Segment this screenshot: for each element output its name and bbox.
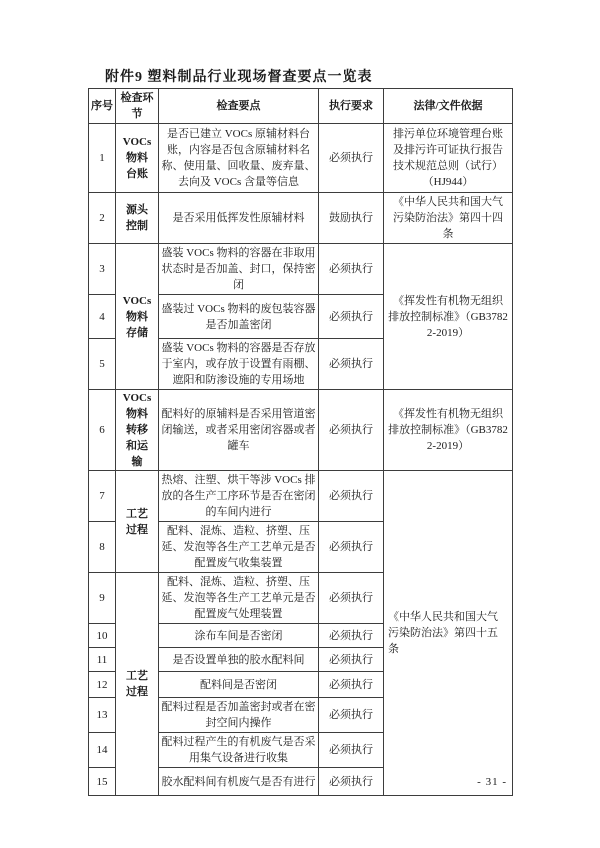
requirement-cell: 鼓励执行: [319, 193, 384, 244]
stage-cell: VOCs物料存储: [116, 244, 159, 390]
page-title: 附件9 塑料制品行业现场督查要点一览表: [105, 66, 373, 86]
stage-cell: 工艺过程: [116, 573, 159, 796]
header-basis: 法律/文件依据: [384, 89, 513, 124]
basis-cell: 《挥发性有机物无组织排放控制标准》（GB37822-2019）: [384, 390, 513, 471]
point-cell: 胶水配料间有机废气是否有进行: [159, 768, 319, 796]
table-row: 2 源头控制 是否采用低挥发性原辅材料 鼓励执行 《中华人民共和国大气污染防治法…: [89, 193, 513, 244]
point-cell: 配料、混炼、造粒、挤塑、压延、发泡等各生产工艺单元是否配置废气处理装置: [159, 573, 319, 624]
header-requirement: 执行要求: [319, 89, 384, 124]
row-number-cell: 1: [89, 124, 116, 193]
row-number-cell: 15: [89, 768, 116, 796]
header-stage: 检查环节: [116, 89, 159, 124]
table-row: 7 工艺过程 热熔、注塑、烘干等涉 VOCs 排放的各生产工序环节是否在密闭的车…: [89, 471, 513, 522]
stage-cell: VOCs物料转移和运输: [116, 390, 159, 471]
row-number-cell: 4: [89, 295, 116, 339]
point-cell: 配料、混炼、造粒、挤塑、压延、发泡等各生产工艺单元是否配置废气收集装置: [159, 522, 319, 573]
header-row-number: 序号: [89, 89, 116, 124]
row-number-cell: 11: [89, 648, 116, 672]
requirement-cell: 必须执行: [319, 471, 384, 522]
requirement-cell: 必须执行: [319, 648, 384, 672]
requirement-cell: 必须执行: [319, 522, 384, 573]
point-cell: 涂布车间是否密闭: [159, 624, 319, 648]
header-row: 序号 检查环节 检查要点 执行要求 法律/文件依据: [89, 89, 513, 124]
basis-cell: 《挥发性有机物无组织排放控制标准》（GB37822-2019）: [384, 244, 513, 390]
requirement-cell: 必须执行: [319, 244, 384, 295]
point-cell: 配料过程产生的有机废气是否采用集气设备进行收集: [159, 733, 319, 768]
point-cell: 配料间是否密闭: [159, 672, 319, 698]
row-number-cell: 14: [89, 733, 116, 768]
basis-cell: 排污单位环境管理台账及排污许可证执行报告技术规范总则（试行）（HJ944）: [384, 124, 513, 193]
row-number-cell: 2: [89, 193, 116, 244]
row-number-cell: 9: [89, 573, 116, 624]
row-number-cell: 13: [89, 698, 116, 733]
header-point: 检查要点: [159, 89, 319, 124]
requirement-cell: 必须执行: [319, 124, 384, 193]
point-cell: 是否已建立 VOCs 原辅材料台账，内容是否包含原辅材料名称、使用量、回收量、废…: [159, 124, 319, 193]
point-cell: 配料过程是否加盖密封或者在密封空间内操作: [159, 698, 319, 733]
row-number-cell: 7: [89, 471, 116, 522]
point-cell: 热熔、注塑、烘干等涉 VOCs 排放的各生产工序环节是否在密闭的车间内进行: [159, 471, 319, 522]
point-cell: 盛装 VOCs 物料的容器是否存放于室内，或存放于设置有雨棚、遮阳和防渗设施的专…: [159, 339, 319, 390]
requirement-cell: 必须执行: [319, 733, 384, 768]
requirement-cell: 必须执行: [319, 295, 384, 339]
stage-cell: 源头控制: [116, 193, 159, 244]
basis-cell: 《中华人民共和国大气污染防治法》第四十五条: [384, 471, 513, 796]
row-number-cell: 3: [89, 244, 116, 295]
requirement-cell: 必须执行: [319, 698, 384, 733]
table-row: 1 VOCs物料台账 是否已建立 VOCs 原辅材料台账，内容是否包含原辅材料名…: [89, 124, 513, 193]
table-row: 3 VOCs物料存储 盛装 VOCs 物料的容器在非取用状态时是否加盖、封口，保…: [89, 244, 513, 295]
row-number-cell: 10: [89, 624, 116, 648]
requirement-cell: 必须执行: [319, 672, 384, 698]
table-row: 6 VOCs物料转移和运输 配料好的原辅料是否采用管道密闭输送，或者采用密闭容器…: [89, 390, 513, 471]
row-number-cell: 8: [89, 522, 116, 573]
point-cell: 是否采用低挥发性原辅材料: [159, 193, 319, 244]
stage-cell: 工艺过程: [116, 471, 159, 573]
inspection-table: 序号 检查环节 检查要点 执行要求 法律/文件依据 1 VOCs物料台账 是否已…: [88, 88, 513, 796]
point-cell: 配料好的原辅料是否采用管道密闭输送，或者采用密闭容器或者罐车: [159, 390, 319, 471]
row-number-cell: 5: [89, 339, 116, 390]
page-number: - 31 -: [477, 776, 507, 788]
row-number-cell: 12: [89, 672, 116, 698]
document-page: 附件9 塑料制品行业现场督查要点一览表 序号 检查环节 检查要点 执行要求 法律…: [0, 0, 600, 848]
requirement-cell: 必须执行: [319, 573, 384, 624]
point-cell: 是否设置单独的胶水配料间: [159, 648, 319, 672]
requirement-cell: 必须执行: [319, 339, 384, 390]
requirement-cell: 必须执行: [319, 624, 384, 648]
point-cell: 盛装 VOCs 物料的容器在非取用状态时是否加盖、封口，保持密闭: [159, 244, 319, 295]
row-number-cell: 6: [89, 390, 116, 471]
stage-cell: VOCs物料台账: [116, 124, 159, 193]
requirement-cell: 必须执行: [319, 768, 384, 796]
requirement-cell: 必须执行: [319, 390, 384, 471]
basis-cell: 《中华人民共和国大气污染防治法》第四十四条: [384, 193, 513, 244]
point-cell: 盛装过 VOCs 物料的废包装容器是否加盖密闭: [159, 295, 319, 339]
